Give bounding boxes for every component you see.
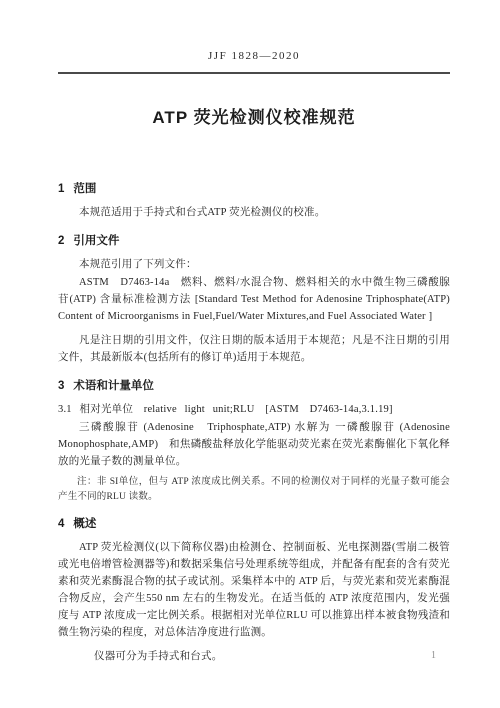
section-scope: 1范围 本规范适用于手持式和台式ATP 荧光检测仪的校准。: [58, 182, 450, 221]
section-4-number: 4: [58, 517, 64, 532]
references-intro-paragraph: 本规范引用了下列文件：: [58, 256, 450, 273]
section-overview: 4概述 ATP 荧光检测仪(以下简称仪器)由检测仓、控制面板、光电探测器(雪崩二…: [58, 517, 450, 665]
document-title: ATP 荧光检测仪校准规范: [58, 107, 450, 129]
section-2-title: 引用文件: [73, 235, 119, 247]
section-3-title: 术语和计量单位: [73, 380, 154, 392]
instrument-types-paragraph: 仪器可分为手持式和台式。: [58, 648, 450, 665]
dated-references-paragraph: 凡是注日期的引用文件，仅注日期的版本适用于本规范；凡是不注日期的引用文件，其最新…: [58, 332, 450, 366]
section-references: 2引用文件 本规范引用了下列文件： ASTM D7463-14a 燃料、燃料/水…: [58, 234, 450, 366]
section-terms: 3术语和计量单位 3.1 相对光单位 relative light unit;R…: [58, 379, 450, 504]
term-definition-line: 3.1 相对光单位 relative light unit;RLU [ASTM …: [58, 401, 450, 418]
running-header: JJF 1828—2020: [58, 49, 450, 63]
section-2-number: 2: [58, 234, 64, 249]
section-1-number: 1: [58, 182, 64, 197]
overview-paragraph: ATP 荧光检测仪(以下简称仪器)由检测仓、控制面板、光电探测器(雪崩二极管或光…: [58, 539, 450, 641]
header-divider: [58, 72, 450, 74]
section-1-heading: 1范围: [58, 182, 450, 197]
section-4-title: 概述: [73, 518, 96, 530]
page-number: 1: [431, 650, 436, 661]
section-1-title: 范围: [73, 183, 96, 195]
atp-definition-paragraph: 三磷酸腺苷 (Adenosine Triphosphate,ATP) 水解为 一…: [58, 419, 450, 470]
astm-reference-paragraph: ASTM D7463-14a 燃料、燃料/水混合物、燃料相关的水中微生物三磷酸腺…: [58, 274, 450, 325]
section-4-heading: 4概述: [58, 517, 450, 532]
section-3-number: 3: [58, 379, 64, 394]
section-2-heading: 2引用文件: [58, 234, 450, 249]
section-3-heading: 3术语和计量单位: [58, 379, 450, 394]
document-page: JJF 1828—2020 ATP 荧光检测仪校准规范 1范围 本规范适用于手持…: [0, 0, 500, 708]
term-note: 注：非 SI单位，但与 ATP 浓度成比例关系。不同的检测仪对于同样的光量子数可…: [58, 475, 450, 504]
scope-paragraph: 本规范适用于手持式和台式ATP 荧光检测仪的校准。: [58, 204, 450, 221]
